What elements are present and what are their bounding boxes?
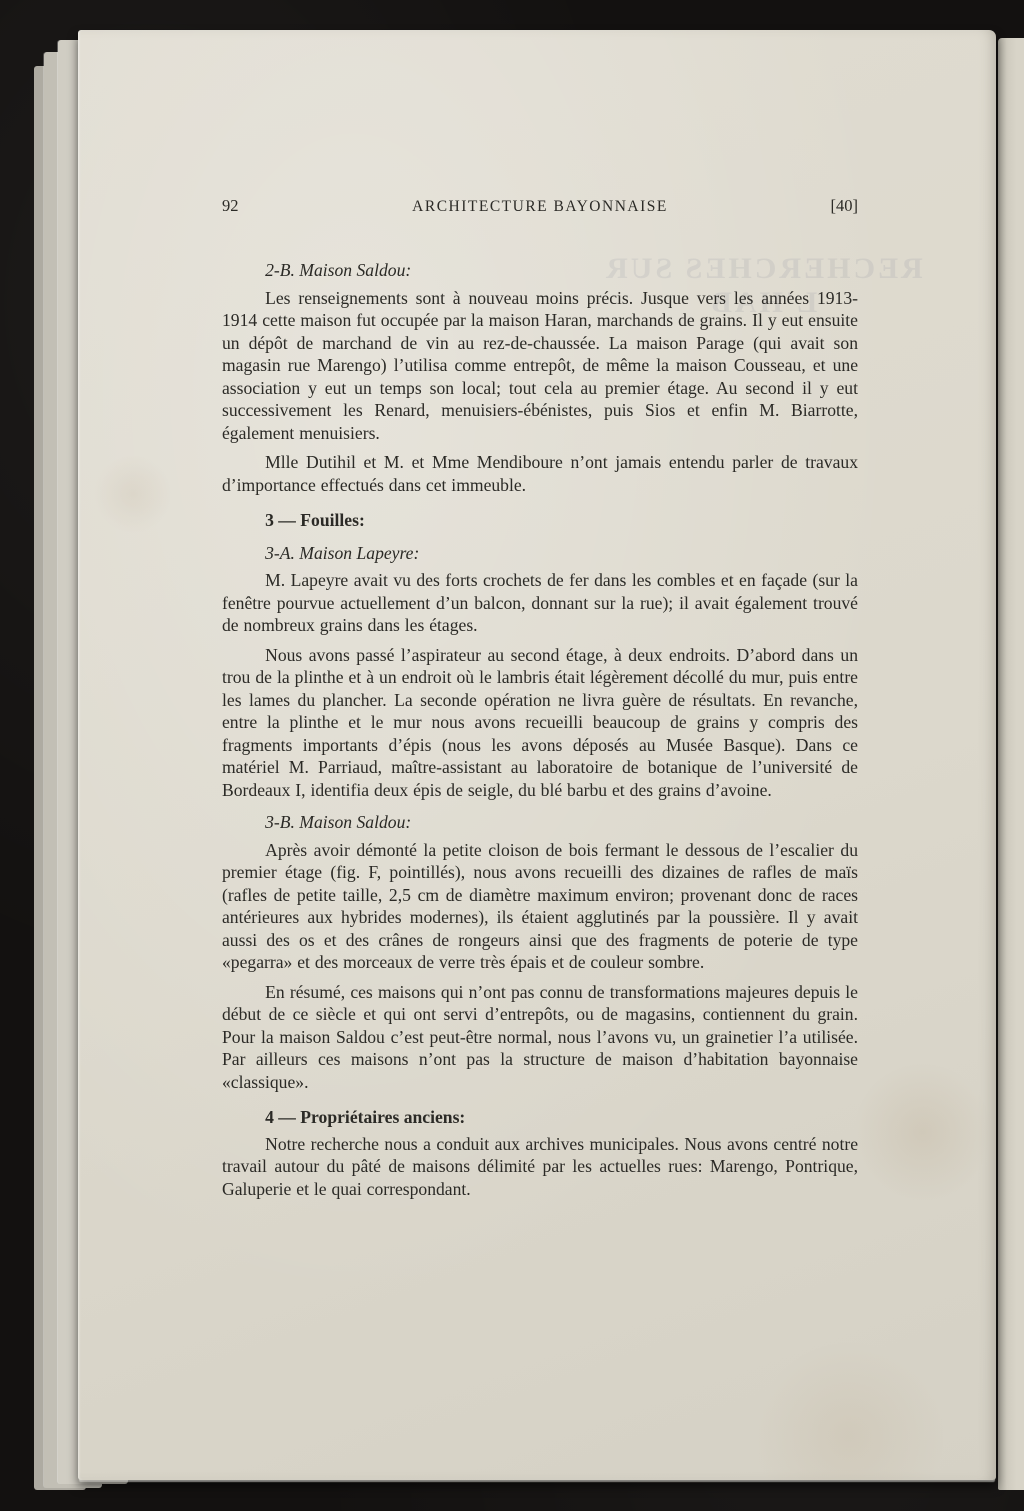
page-number: 92 [222,196,332,216]
paragraph: Notre recherche nous a conduit aux archi… [222,1133,858,1201]
paragraph: Après avoir démonté la petite cloison de… [222,839,858,974]
paragraph: En résumé, ces maisons qui n’ont pas con… [222,981,858,1094]
heading-4-proprietaires-anciens: 4 — Propriétaires anciens: [265,1106,858,1129]
running-title: ARCHITECTURE BAYONNAISE [332,198,748,216]
paragraph: M. Lapeyre avait vu des forts crochets d… [222,569,858,637]
folio-number: [40] [748,196,858,216]
paragraph: Nous avons passé l’aspirateur au second … [222,644,858,802]
paragraph: Les renseignements sont à nouveau moins … [222,287,858,445]
subheading-3a-maison-lapeyre: 3-A. Maison Lapeyre: [265,542,858,565]
facing-page-edge [998,38,1024,1490]
running-head: 92 ARCHITECTURE BAYONNAISE [40] [222,196,858,216]
paragraph: Mlle Dutihil et M. et Mme Mendiboure n’o… [222,451,858,496]
heading-3-fouilles: 3 — Fouilles: [265,509,858,532]
scanner-background: RECHERCHES SUR L'HAB 92 ARCHITECTURE BAY… [0,0,1024,1511]
subheading-3b-maison-saldou: 3-B. Maison Saldou: [265,811,858,834]
book-page: RECHERCHES SUR L'HAB 92 ARCHITECTURE BAY… [78,30,996,1480]
subheading-2b-maison-saldou: 2-B. Maison Saldou: [265,259,858,282]
page-text-block: 2-B. Maison Saldou: Les renseignements s… [222,249,858,1207]
